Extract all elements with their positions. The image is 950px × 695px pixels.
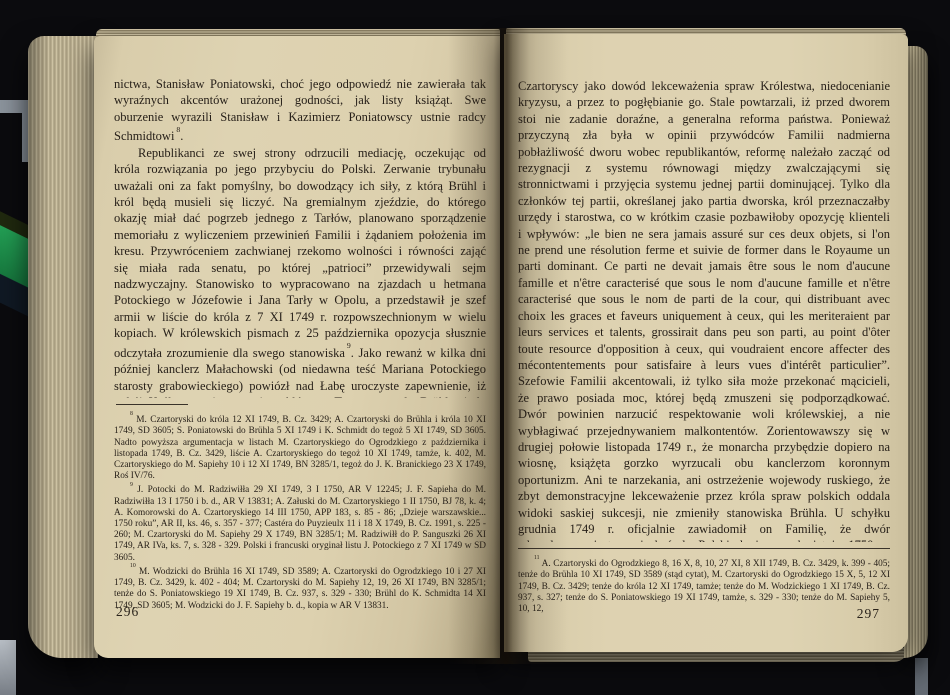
footnote-divider [518, 548, 890, 549]
text-run: Czartoryscy jako dowód lekceważenia spra… [518, 79, 890, 542]
page-number-right: 297 [857, 606, 880, 622]
paragraph: nictwa, Stanisław Poniatowski, choć jego… [114, 76, 486, 145]
text-run: nictwa, Stanisław Poniatowski, choć jego… [114, 77, 486, 143]
footnote-text: J. Potocki do M. Radziwiłła 29 XI 1749, … [114, 485, 486, 562]
right-page-footnotes: 11 A. Czartoryski do Ogrodzkiego 8, 16 X… [518, 548, 890, 615]
footnote-marker: 10 [130, 563, 136, 569]
footnote-reference: 9 [347, 341, 351, 350]
footnote-marker: 8 [130, 411, 133, 417]
footnote-text: M. Czartoryski do króla 12 XI 1749, B. C… [114, 415, 486, 481]
paragraph: Czartoryscy jako dowód lekceważenia spra… [518, 78, 890, 542]
left-page-body-text: nictwa, Stanisław Poniatowski, choć jego… [114, 76, 486, 398]
footnote-reference: 8 [176, 125, 180, 134]
left-page: nictwa, Stanisław Poniatowski, choć jego… [94, 36, 500, 658]
left-page-footnotes: 8 M. Czartoryski do króla 12 XI 1749, B.… [114, 404, 486, 612]
paragraph: Republikanci ze swej strony odrzucili me… [114, 145, 486, 398]
footnote-divider [116, 404, 188, 405]
page-number-left: 296 [116, 604, 139, 620]
footnote: 10 M. Wodzicki do Brühla 16 XI 1749, SD … [114, 564, 486, 612]
footnote: 11 A. Czartoryski do Ogrodzkiego 8, 16 X… [518, 556, 890, 615]
footnote-list: 8 M. Czartoryski do króla 12 XI 1749, B.… [114, 412, 486, 612]
footnote: 9 J. Potocki do M. Radziwiłła 29 XI 1749… [114, 482, 486, 564]
right-page: Czartoryscy jako dowód lekceważenia spra… [504, 34, 908, 652]
footnote-marker: 9 [130, 482, 133, 488]
left-page-content: nictwa, Stanisław Poniatowski, choć jego… [114, 76, 486, 646]
background-gray-bar-bottom-left [0, 640, 16, 695]
right-page-body-text: Czartoryscy jako dowód lekceważenia spra… [518, 78, 890, 542]
footnote-list: 11 A. Czartoryski do Ogrodzkiego 8, 16 X… [518, 556, 890, 615]
footnote-marker: 11 [534, 555, 540, 561]
footnote: 8 M. Czartoryski do króla 12 XI 1749, B.… [114, 412, 486, 482]
text-run: . [180, 129, 183, 143]
book-scan-scene: nictwa, Stanisław Poniatowski, choć jego… [0, 0, 950, 695]
right-page-content: Czartoryscy jako dowód lekceważenia spra… [518, 78, 890, 640]
open-book: nictwa, Stanisław Poniatowski, choć jego… [28, 28, 928, 664]
page-stack-left-edge [28, 36, 98, 658]
footnote-text: M. Wodzicki do Brühla 16 XI 1749, SD 358… [114, 567, 486, 611]
text-run: Republikanci ze swej strony odrzucili me… [114, 146, 486, 360]
footnote-text: A. Czartoryski do Ogrodzkiego 8, 16 X, 8… [518, 559, 890, 614]
